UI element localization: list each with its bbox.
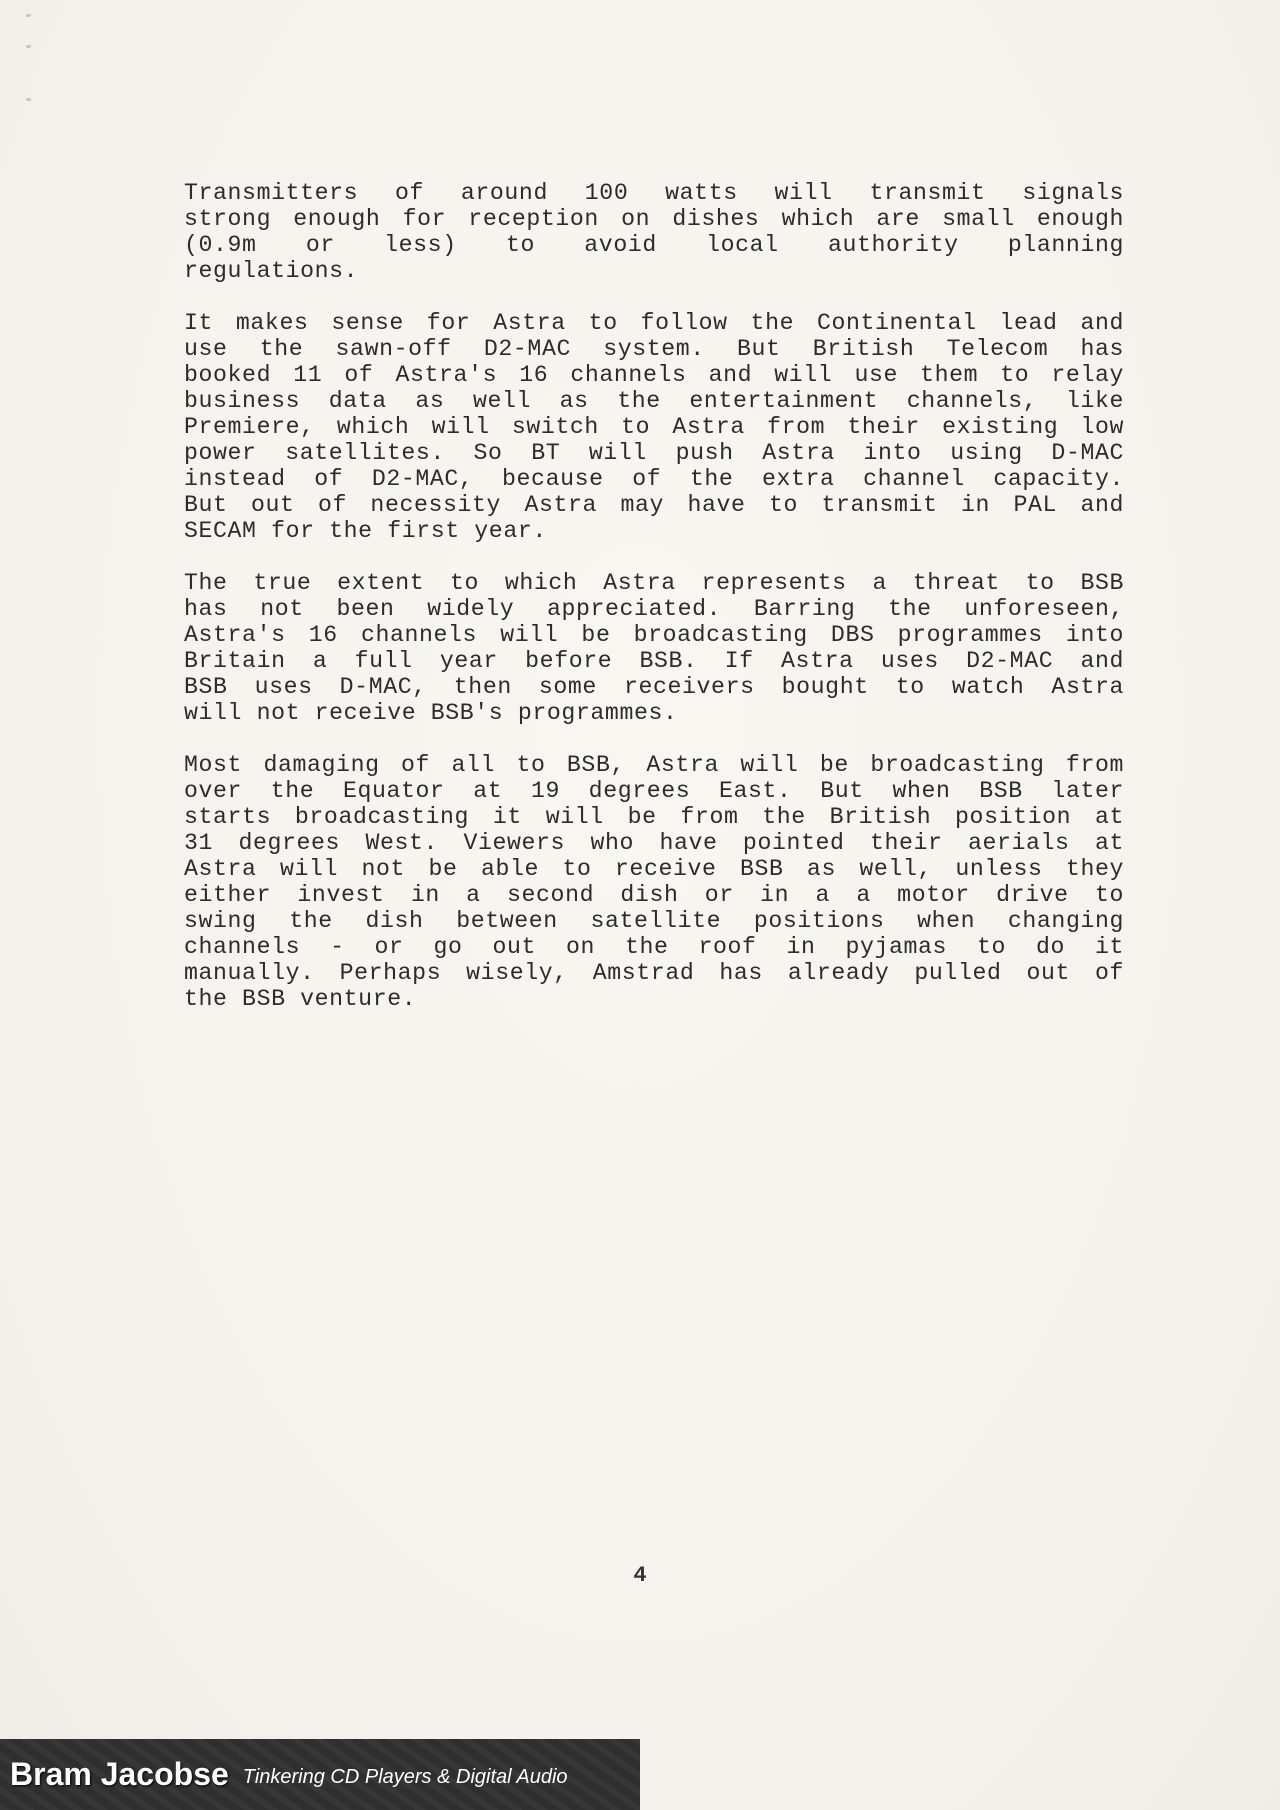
text-line: channels - or go out on the roof in pyja… xyxy=(184,934,1124,960)
text-line: Astra will not be able to receive BSB as… xyxy=(184,856,1124,882)
paragraph: The true extent to which Astra represent… xyxy=(184,570,1124,726)
banner-tagline: Tinkering CD Players & Digital Audio xyxy=(243,1766,568,1789)
paragraph: Transmitters of around 100 watts will tr… xyxy=(184,180,1124,284)
scanned-page: Transmitters of around 100 watts will tr… xyxy=(0,0,1280,1810)
text-line: BSB uses D-MAC, then some receivers boug… xyxy=(184,674,1124,700)
page-number: 4 xyxy=(633,1563,646,1588)
text-line: The true extent to which Astra represent… xyxy=(184,570,1124,596)
paragraph: Most damaging of all to BSB, Astra will … xyxy=(184,752,1124,1012)
text-line: has not been widely appreciated. Barring… xyxy=(184,596,1124,622)
text-line: Transmitters of around 100 watts will tr… xyxy=(184,180,1124,206)
text-line: manually. Perhaps wisely, Amstrad has al… xyxy=(184,960,1124,986)
text-line: over the Equator at 19 degrees East. But… xyxy=(184,778,1124,804)
text-line: Britain a full year before BSB. If Astra… xyxy=(184,648,1124,674)
punch-mark xyxy=(26,98,31,101)
text-line: regulations. xyxy=(184,258,1124,284)
text-line: It makes sense for Astra to follow the C… xyxy=(184,310,1124,336)
text-line: (0.9m or less) to avoid local authority … xyxy=(184,232,1124,258)
watermark-banner: Bram Jacobse Tinkering CD Players & Digi… xyxy=(0,1739,640,1810)
banner-author-name: Bram Jacobse xyxy=(10,1756,229,1793)
text-line: But out of necessity Astra may have to t… xyxy=(184,492,1124,518)
text-line: Premiere, which will switch to Astra fro… xyxy=(184,414,1124,440)
document-body: Transmitters of around 100 watts will tr… xyxy=(184,180,1124,1038)
punch-mark xyxy=(26,45,31,48)
text-line: Astra's 16 channels will be broadcasting… xyxy=(184,622,1124,648)
text-line: business data as well as the entertainme… xyxy=(184,388,1124,414)
text-line: will not receive BSB's programmes. xyxy=(184,700,1124,726)
text-line: instead of D2-MAC, because of the extra … xyxy=(184,466,1124,492)
text-line: the BSB venture. xyxy=(184,986,1124,1012)
text-line: either invest in a second dish or in a a… xyxy=(184,882,1124,908)
text-line: booked 11 of Astra's 16 channels and wil… xyxy=(184,362,1124,388)
text-line: Most damaging of all to BSB, Astra will … xyxy=(184,752,1124,778)
paragraph: It makes sense for Astra to follow the C… xyxy=(184,310,1124,544)
text-line: power satellites. So BT will push Astra … xyxy=(184,440,1124,466)
text-line: starts broadcasting it will be from the … xyxy=(184,804,1124,830)
text-line: swing the dish between satellite positio… xyxy=(184,908,1124,934)
text-line: strong enough for reception on dishes wh… xyxy=(184,206,1124,232)
punch-mark xyxy=(26,14,31,17)
text-line: SECAM for the first year. xyxy=(184,518,1124,544)
text-line: 31 degrees West. Viewers who have pointe… xyxy=(184,830,1124,856)
text-line: use the sawn-off D2-MAC system. But Brit… xyxy=(184,336,1124,362)
